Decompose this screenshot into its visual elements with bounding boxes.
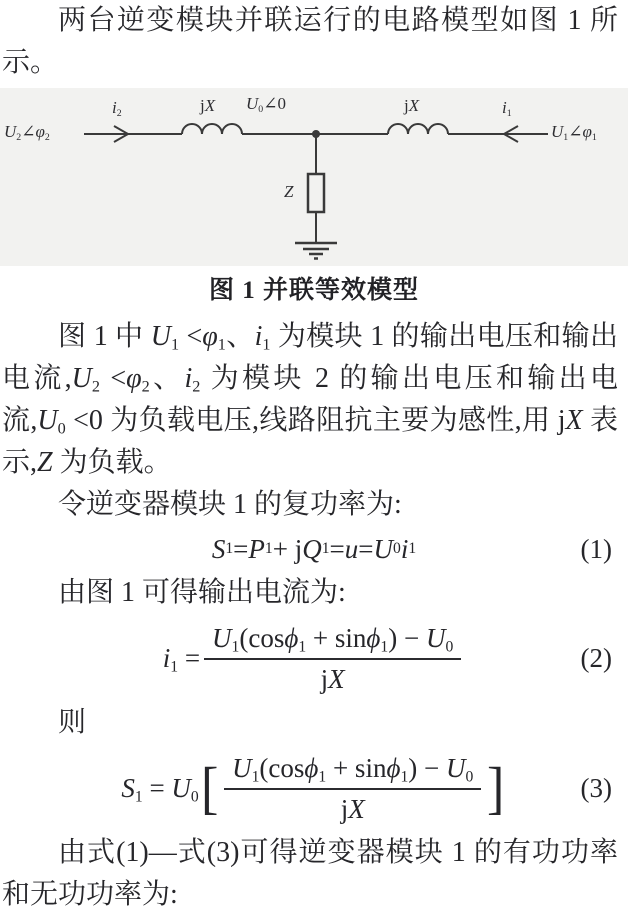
right-bracket: ] <box>487 759 504 817</box>
label-load-z: Z <box>284 182 293 202</box>
equation-3-fraction: U1(cosϕ1 + sinϕ1) − U0 jX <box>224 752 481 824</box>
equation-2-body: i1 = U1(cosϕ1 + sinϕ1) − U0 jX <box>163 622 466 694</box>
equation-3: S1 = U0 [ U1(cosϕ1 + sinϕ1) − U0 jX ] (3… <box>0 745 628 831</box>
paragraph-then: 则 <box>2 702 618 744</box>
paragraph-figure-explanation: 图 1 中 U1 <φ1、i1 为模块 1 的输出电压和输出电流,U2 <φ2、… <box>2 316 618 484</box>
paragraph-conclusion: 由式(1)—式(3)可得逆变器模块 1 的有功功率和无功功率为: <box>2 832 618 916</box>
equation-1: S1 = P1 + jQ1 = u = U0i1 (1) <box>0 527 628 571</box>
paragraph-intro: 两台逆变模块并联运行的电路模型如图 1 所示。 <box>2 0 618 84</box>
label-reactance-right: jX <box>404 96 419 116</box>
circuit-figure: U2∠φ2 i2 jX U0∠0 jX i1 U1∠φ1 Z <box>0 88 628 266</box>
label-current-i2: i2 <box>112 98 122 118</box>
left-bracket: [ <box>201 759 218 817</box>
inductor-right-icon <box>388 124 448 134</box>
label-node-voltage-u0: U0∠0 <box>246 94 286 114</box>
circuit-diagram <box>0 88 628 266</box>
equation-2-number: (2) <box>581 637 612 679</box>
paragraph-eq2-leadin: 由图 1 可得输出电流为: <box>2 572 618 614</box>
paragraph-eq1-leadin: 令逆变器模块 1 的复功率为: <box>2 484 618 526</box>
equation-2-denominator: jX <box>321 660 345 694</box>
label-reactance-left: jX <box>200 96 215 116</box>
label-source-u2: U2∠φ2 <box>4 122 50 142</box>
equation-2-lhs: i1 = <box>163 637 200 679</box>
inductor-left-icon <box>182 124 242 134</box>
label-current-i1: i1 <box>502 98 512 118</box>
equation-3-lhs: S1 = U0 <box>121 767 198 809</box>
node-dot <box>312 130 320 138</box>
equation-1-number: (1) <box>581 528 612 570</box>
equation-3-numerator: U1(cosϕ1 + sinϕ1) − U0 <box>224 752 481 790</box>
label-source-u1: U1∠φ1 <box>551 122 597 142</box>
figure-caption: 图 1 并联等效模型 <box>0 276 628 306</box>
equation-2-numerator: U1(cosϕ1 + sinϕ1) − U0 <box>204 622 461 660</box>
equation-3-denominator: jX <box>341 790 365 824</box>
equation-3-body: S1 = U0 [ U1(cosϕ1 + sinϕ1) − U0 jX ] <box>121 752 506 824</box>
load-impedance-box <box>308 174 324 212</box>
equation-1-body: S1 = P1 + jQ1 = u = U0i1 <box>212 528 416 570</box>
equation-2: i1 = U1(cosϕ1 + sinϕ1) − U0 jX (2) <box>0 615 628 701</box>
equation-3-number: (3) <box>581 767 612 809</box>
equation-2-fraction: U1(cosϕ1 + sinϕ1) − U0 jX <box>204 622 461 694</box>
